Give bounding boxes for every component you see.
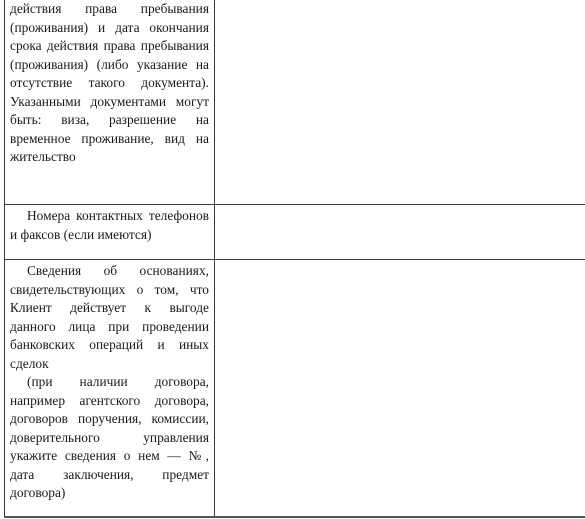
table-row-residence-permit: действия права пребывания (проживания) и…	[5, 0, 585, 205]
label-cell-residence-permit: действия права пребывания (проживания) и…	[5, 0, 215, 205]
value-cell-residence-permit[interactable]	[215, 0, 585, 205]
contact-phones-text: Номера контактных телефонов и факсов (ес…	[10, 207, 209, 244]
label-cell-beneficiary-grounds: Сведения об основаниях, свидетельствующи…	[5, 260, 215, 518]
contract-details-note: (при наличии договора, например агентско…	[10, 373, 209, 503]
table-row-beneficiary-grounds: Сведения об основаниях, свидетельствующи…	[5, 260, 585, 518]
client-info-table: действия права пребывания (проживания) и…	[4, 0, 585, 518]
label-cell-contact-phones: Номера контактных телефонов и факсов (ес…	[5, 205, 215, 260]
table-row-contact-phones: Номера контактных телефонов и факсов (ес…	[5, 205, 585, 260]
residence-permit-text: действия права пребывания (проживания) и…	[10, 0, 209, 167]
value-cell-beneficiary-grounds[interactable]	[215, 260, 585, 518]
beneficiary-grounds-text: Сведения об основаниях, свидетельствующи…	[10, 262, 209, 373]
value-cell-contact-phones[interactable]	[215, 205, 585, 260]
